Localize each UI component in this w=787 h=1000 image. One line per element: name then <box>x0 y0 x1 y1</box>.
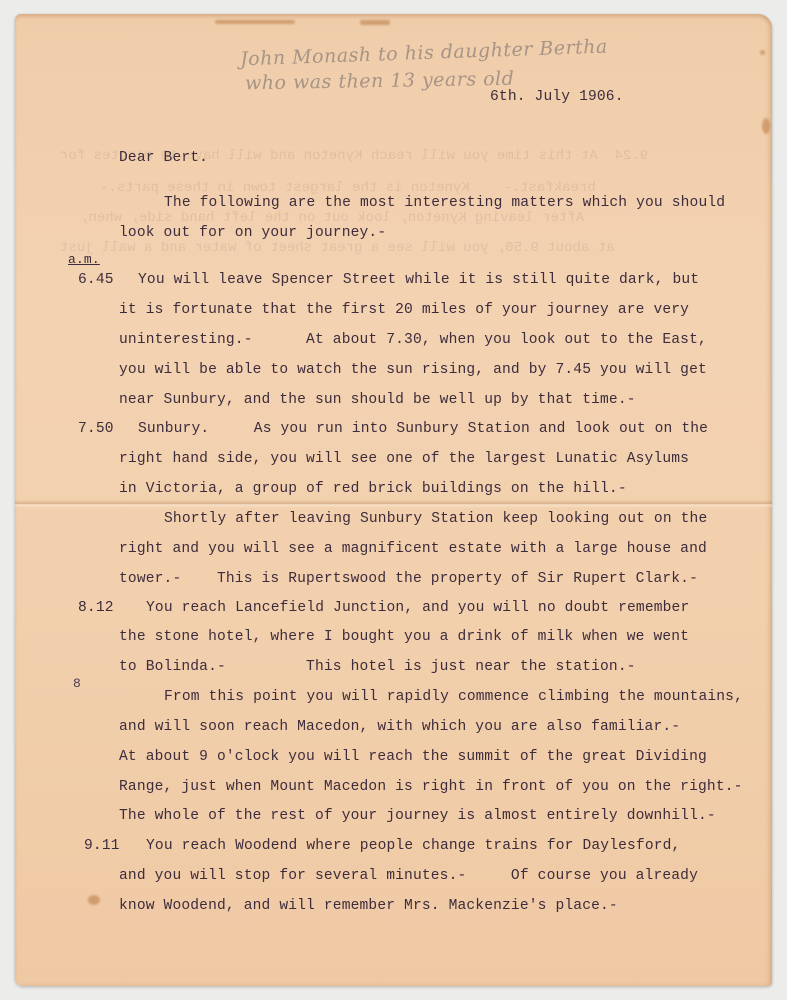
time-label-am: a.m. <box>68 252 100 267</box>
entry-line: know Woodend, and will remember Mrs. Mac… <box>119 898 618 914</box>
handwritten-annotation-line2: who was then 13 years old <box>245 68 515 95</box>
margin-mark: 8 <box>73 676 81 691</box>
entry-line: and you will stop for several minutes.- … <box>119 868 698 884</box>
intro-line: look out for on your journey.- <box>119 225 386 241</box>
entry-line: right hand side, you will see one of the… <box>119 451 689 467</box>
salutation: Dear Bert. <box>119 150 208 166</box>
paragraph-line: From this point you will rapidly commenc… <box>164 689 743 705</box>
show-through-line: breakfast.- Kyneton is the largest town … <box>100 180 596 196</box>
letter-date: 6th. July 1906. <box>490 89 624 105</box>
entry-line: in Victoria, a group of red brick buildi… <box>119 481 627 497</box>
entry-line: you will be able to watch the sun rising… <box>119 362 707 378</box>
intro-line: The following are the most interesting m… <box>164 195 725 211</box>
foxing-stain <box>88 895 100 905</box>
entry-time: 8.12 <box>78 600 114 616</box>
foxing-stain <box>360 20 390 25</box>
entry-time: 7.50 <box>78 421 114 437</box>
foxing-stain <box>762 118 770 134</box>
entry-line: it is fortunate that the first 20 miles … <box>119 302 689 318</box>
paragraph-line: tower.- This is Rupertswood the property… <box>119 571 698 587</box>
show-through-line: at about 9.50, you will see a great shee… <box>60 240 615 256</box>
entry-line: You reach Lancefield Junction, and you w… <box>146 600 689 616</box>
paragraph-line: The whole of the rest of your journey is… <box>119 808 716 824</box>
entry-time: 6.45 <box>78 272 114 288</box>
foxing-stain <box>760 50 765 55</box>
show-through-line: After leaving Kyneton, look out on the l… <box>80 210 584 226</box>
entry-line: to Bolinda.- This hotel is just near the… <box>119 659 636 675</box>
entry-time: 9.11 <box>84 838 120 854</box>
foxing-stain <box>215 20 295 24</box>
paragraph-line: At about 9 o'clock you will reach the su… <box>119 749 707 765</box>
entry-line: near Sunbury, and the sun should be well… <box>119 392 636 408</box>
entry-line: the stone hotel, where I bought you a dr… <box>119 629 689 645</box>
entry-line: Sunbury. As you run into Sunbury Station… <box>138 421 708 437</box>
entry-line: uninteresting.- At about 7.30, when you … <box>119 332 707 348</box>
paragraph-line: Shortly after leaving Sunbury Station ke… <box>164 511 707 527</box>
paragraph-line: and will soon reach Macedon, with which … <box>119 719 680 735</box>
entry-line: You reach Woodend where people change tr… <box>146 838 680 854</box>
page-fold-line <box>15 500 772 508</box>
entry-line: You will leave Spencer Street while it i… <box>138 272 699 288</box>
paragraph-line: Range, just when Mount Macedon is right … <box>119 779 743 795</box>
paragraph-line: right and you will see a magnificent est… <box>119 541 707 557</box>
